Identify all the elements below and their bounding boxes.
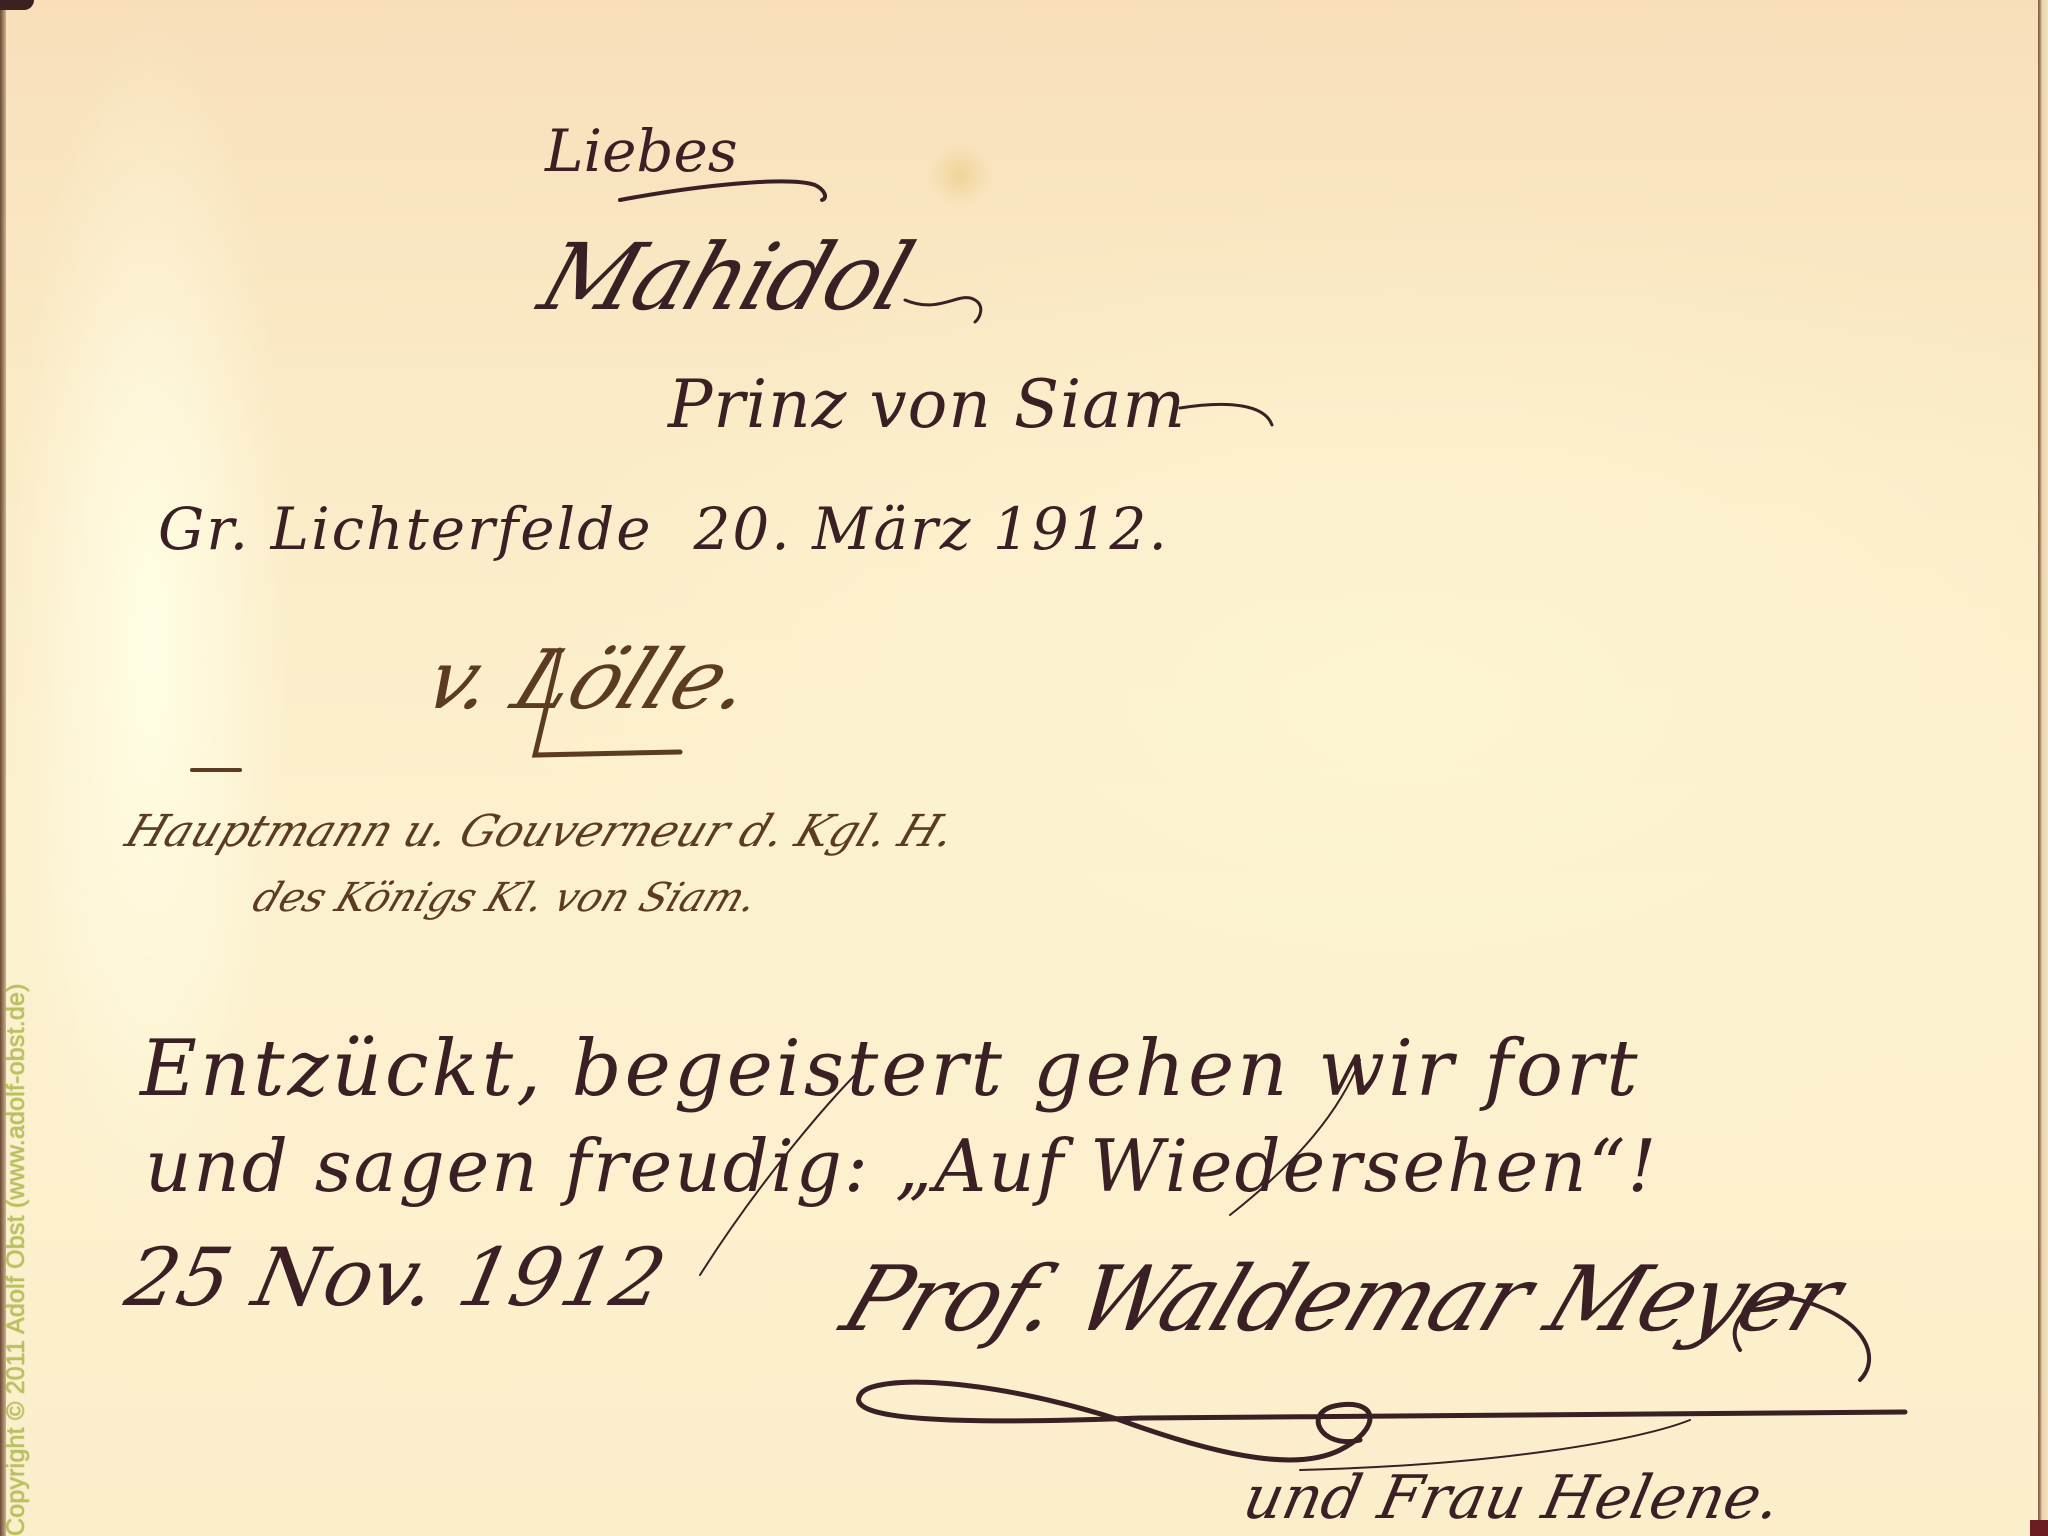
guestbook-page: Liebes Mahidol Prinz von Siam Gr. Lichte… (0, 0, 2048, 1536)
cosigner: und Frau Helene. (1239, 1468, 1786, 1528)
role-line-1: Hauptmann u. Gouverneur d. Kgl. H. (120, 810, 961, 854)
signature-mahidol: Mahidol (530, 232, 920, 324)
message-line-2: und sagen freudig: „Auf Wiedersehen“! (145, 1130, 1658, 1202)
salutation: Liebes (545, 122, 738, 180)
message-line-1: Entzückt, begeistert gehen wir fort (140, 1030, 1641, 1108)
copyright-watermark: Copyright © 2011 Adolf Obst (www.adolf-o… (2, 983, 31, 1536)
book-cover-corner (2030, 1520, 2048, 1536)
title-prince-of-siam: Prinz von Siam (668, 372, 1186, 438)
place-date: Gr. Lichterfelde 20. März 1912. (158, 500, 1169, 558)
paper-stain (930, 140, 990, 210)
mahidol-swash (905, 298, 981, 322)
signature-meyer: Prof. Waldemar Meyer (832, 1255, 1851, 1345)
entry-date: 25 Nov. 1912 (119, 1238, 672, 1318)
page-corner-shadow (0, 0, 34, 10)
siam-swash (1180, 404, 1272, 425)
page-right-edge (2038, 0, 2048, 1536)
role-line-2: des Königs Kl. von Siam. (248, 878, 763, 918)
signature-officer: v. Lölle. (413, 640, 766, 722)
meyer-flourish-main (859, 1382, 1905, 1460)
